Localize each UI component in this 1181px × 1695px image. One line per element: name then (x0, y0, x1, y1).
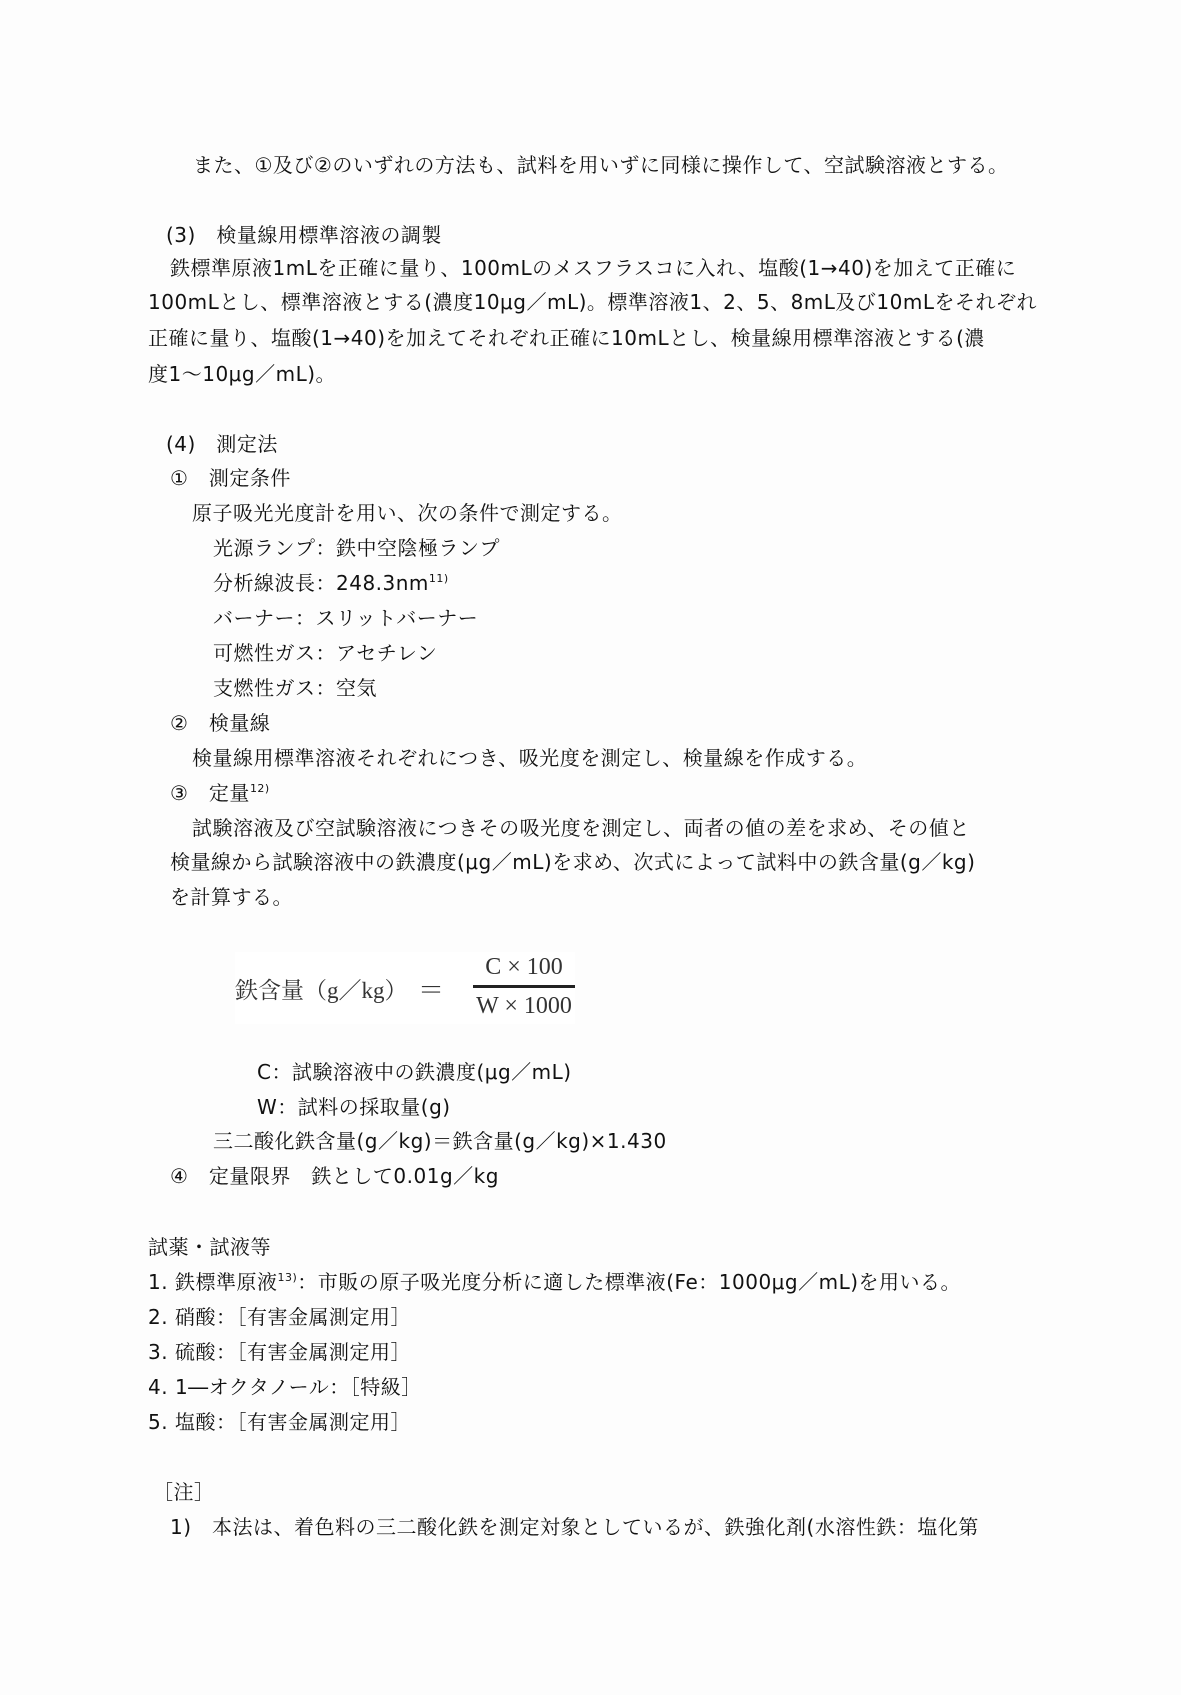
reagent-item-1-desc: ：市販の原子吸光度分析に適した標準液(Fe：1000μg／mL)を用いる。 (297, 1270, 961, 1294)
quantification-limit: ④ 定量限界 鉄として0.01g／kg (170, 1163, 499, 1189)
reagent-item-2: 2. 硝酸：［有害金属測定用］ (148, 1304, 411, 1330)
measurement-conditions-intro: 原子吸光光度計を用い、次の条件で測定する。 (192, 500, 623, 526)
section-3-body-line-2: 100mLとし、標準溶液とする(濃度10μg／mL)。標準溶液1、2、5、8mL… (148, 289, 1037, 315)
section-3-heading: (3) 検量線用標準溶液の調製 (166, 222, 442, 248)
calibration-curve-body: 検量線用標準溶液それぞれにつき、吸光度を測定し、検量線を作成する。 (192, 745, 867, 771)
formula-equals: ＝ (418, 970, 444, 1007)
variable-c-definition: C：試験溶液中の鉄濃度(μg／mL) (257, 1059, 572, 1085)
section-3-body-line-3: 正確に量り、塩酸(1→40)を加えてそれぞれ正確に10mLとし、検量線用標準溶液… (148, 325, 985, 351)
reagents-heading: 試薬・試液等 (148, 1234, 271, 1260)
formula-numerator: C × 100 (473, 952, 575, 982)
section-3-body-line-4: 度1～10μg／mL)。 (148, 361, 336, 387)
reagent-item-5: 5. 塩酸：［有害金属測定用］ (148, 1409, 411, 1435)
blank-solution-note: また、①及び②のいずれの方法も、試料を用いずに同様に操作して、空試験溶液とする。 (193, 152, 1008, 178)
formula-lhs: 鉄含量（g／kg） (235, 972, 408, 1005)
formula-fraction: C × 100 W × 1000 (473, 952, 575, 1021)
formula-denominator: W × 1000 (473, 991, 575, 1021)
quantification-heading: ③ 定量12) (170, 780, 270, 806)
condition-fuel-gas-text: 可燃性ガス：アセチレン (213, 641, 437, 665)
measurement-conditions-heading: ① 測定条件 (170, 465, 291, 491)
condition-lamp: 光源ランプ：鉄中空陰極ランプ (213, 535, 500, 561)
note-item-1: 1) 本法は、着色料の三二酸化鉄を測定対象としているが、鉄強化剤(水溶性鉄：塩化… (170, 1514, 979, 1540)
condition-lamp-text: 光源ランプ：鉄中空陰極ランプ (213, 536, 500, 560)
condition-wavelength: 分析線波長：248.3nm11) (213, 570, 449, 596)
condition-wavelength-text: 分析線波長：248.3nm (213, 571, 429, 595)
reagent-item-3: 3. 硫酸：［有害金属測定用］ (148, 1339, 411, 1365)
footnote-ref-12: 12) (250, 782, 270, 795)
quantification-body-line-1: 試験溶液及び空試験溶液につきその吸光度を測定し、両者の値の差を求め、その値と (192, 815, 970, 841)
footnote-ref-13: 13) (277, 1271, 297, 1284)
notes-heading: ［注］ (153, 1479, 215, 1505)
condition-oxidant-gas: 支燃性ガス：空気 (213, 675, 377, 701)
reagent-item-1: 1. 鉄標準原液13)：市販の原子吸光度分析に適した標準液(Fe：1000μg／… (148, 1269, 961, 1295)
condition-oxidant-gas-text: 支燃性ガス：空気 (213, 676, 377, 700)
ferric-oxide-conversion: 三二酸化鉄含量(g／kg)＝鉄含量(g／kg)×1.430 (213, 1128, 667, 1154)
quantification-body-line-3: を計算する。 (170, 884, 293, 910)
quantification-heading-text: ③ 定量 (170, 781, 250, 805)
calibration-curve-heading: ② 検量線 (170, 710, 270, 736)
condition-burner: バーナー：スリットバーナー (213, 605, 478, 631)
reagent-item-4: 4. 1―オクタノール：［特級］ (148, 1374, 422, 1400)
quantification-body-line-2: 検量線から試験溶液中の鉄濃度(μg／mL)を求め、次式によって試料中の鉄含量(g… (170, 849, 975, 875)
condition-burner-text: バーナー：スリットバーナー (213, 606, 478, 630)
fraction-bar (473, 985, 575, 988)
section-4-heading: (4) 測定法 (166, 431, 278, 457)
iron-content-formula: 鉄含量（g／kg） ＝ C × 100 W × 1000 (235, 952, 575, 1024)
footnote-ref-11: 11) (429, 572, 449, 585)
section-3-body-line-1: 鉄標準原液1mLを正確に量り、100mLのメスフラスコに入れ、塩酸(1→40)を… (170, 255, 1016, 281)
variable-w-definition: W：試料の採取量(g) (257, 1094, 451, 1120)
condition-fuel-gas: 可燃性ガス：アセチレン (213, 640, 437, 666)
reagent-item-1-name: 1. 鉄標準原液 (148, 1270, 277, 1294)
